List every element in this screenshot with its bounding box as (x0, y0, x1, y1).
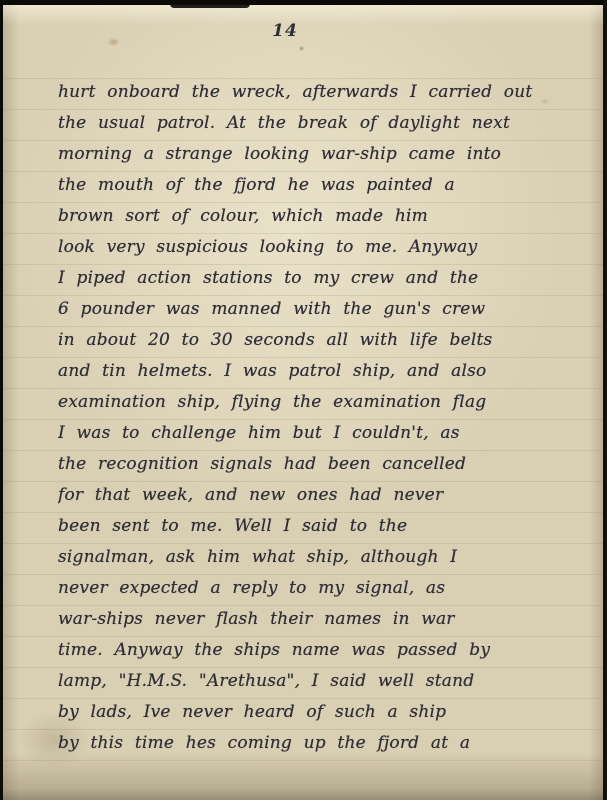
handwritten-line: never expected a reply to my signal, as (58, 573, 569, 604)
handwritten-line: time. Anyway the ships name was passed b… (58, 635, 569, 666)
scan-edge-top (0, 0, 607, 5)
handwritten-line: the usual patrol. At the break of daylig… (58, 108, 569, 139)
handwritten-line: the recognition signals had been cancell… (58, 449, 569, 480)
handwritten-line: war-ships never flash their names in war (58, 604, 569, 635)
handwritten-line: examination ship, flying the examination… (58, 387, 569, 418)
handwritten-line: and tin helmets. I was patrol ship, and … (58, 356, 569, 387)
handwritten-line: I piped action stations to my crew and t… (58, 263, 569, 294)
handwritten-line: the mouth of the fjord he was painted a (58, 170, 569, 201)
handwritten-line: brown sort of colour, which made him (58, 201, 569, 232)
handwritten-line: I was to challenge him but I couldn't, a… (58, 418, 569, 449)
handwritten-text: hurt onboard the wreck, afterwards I car… (58, 77, 569, 759)
handwritten-line: for that week, and new ones had never (58, 480, 569, 511)
handwritten-line: look very suspicious looking to me. Anyw… (58, 232, 569, 263)
scan-edge-left (0, 0, 3, 800)
scan-edge-right (603, 0, 607, 800)
page-number: 14 (255, 21, 315, 41)
foxing-spot (298, 45, 305, 52)
handwritten-line: in about 20 to 30 seconds all with life … (58, 325, 569, 356)
handwritten-line: signalman, ask him what ship, although I (58, 542, 569, 573)
scan-edge-top-notch (170, 0, 250, 8)
handwritten-line: lamp, "H.M.S. "Arethusa", I said well st… (58, 666, 569, 697)
handwritten-line: 6 pounder was manned with the gun's crew (58, 294, 569, 325)
handwritten-line: morning a strange looking war-ship came … (58, 139, 569, 170)
handwritten-line: hurt onboard the wreck, afterwards I car… (58, 77, 569, 108)
handwritten-line: by this time hes coming up the fjord at … (58, 728, 569, 759)
handwritten-line: been sent to me. Well I said to the (58, 511, 569, 542)
diary-page: 14 hurt onboard the wreck, afterwards I … (3, 5, 603, 800)
foxing-spot (105, 36, 122, 48)
handwritten-line: by lads, Ive never heard of such a ship (58, 697, 569, 728)
